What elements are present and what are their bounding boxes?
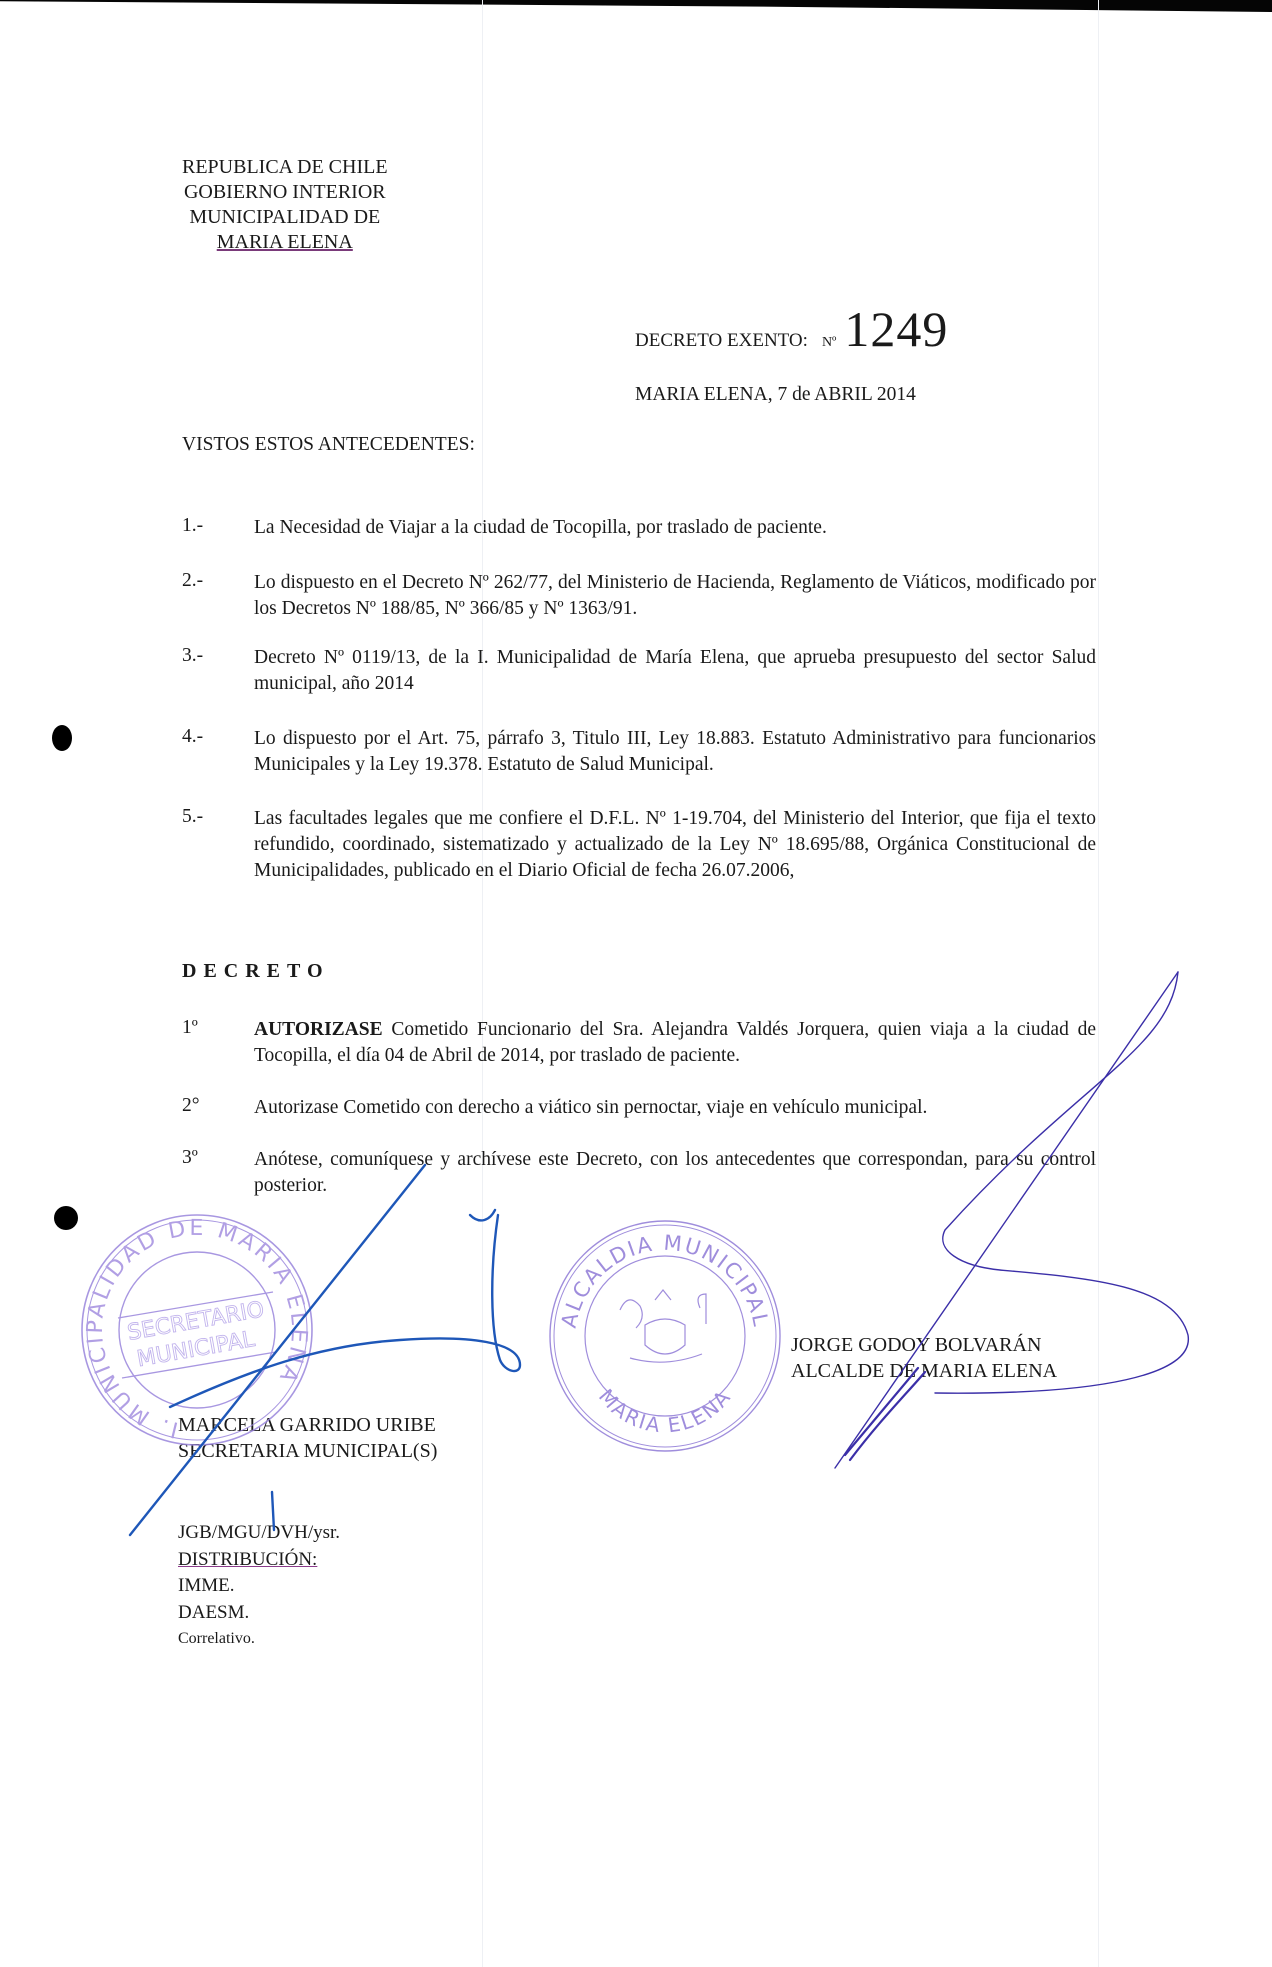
- decree-number: 1249: [844, 301, 948, 357]
- decree-number-block: DECRETO EXENTO:Nº1249: [635, 300, 948, 358]
- item-number: 2.-: [182, 570, 203, 592]
- svg-text:MARIA ELENA: MARIA ELENA: [594, 1384, 736, 1437]
- alcaldia-stamp: ALCALDIA MUNICIPAL MARIA ELENA: [550, 1221, 780, 1451]
- secretary-name: MARCELA GARRIDO URIBE: [178, 1412, 437, 1438]
- decreto-item: Anótese, comuníquese y archívese este De…: [254, 1147, 1096, 1199]
- decree-number-prefix: Nº: [822, 335, 836, 350]
- vistos-item: Decreto Nº 0119/13, de la I. Municipalid…: [254, 645, 1096, 697]
- secretary-title: SECRETARIA MUNICIPAL(S): [178, 1438, 437, 1464]
- decreto-heading: DECRETO: [182, 960, 330, 983]
- distribution-item: Correlativo.: [178, 1626, 340, 1653]
- vistos-heading: VISTOS ESTOS ANTECEDENTES:: [182, 432, 475, 458]
- decreto-item-keyword: AUTORIZASE: [254, 1019, 383, 1040]
- mayor-signature-block: JORGE GODOY BOLVARÁN ALCALDE DE MARIA EL…: [791, 1332, 1057, 1384]
- distribution-block: JGB/MGU/DVH/ysr. DISTRIBUCIÓN: IMME. DAE…: [178, 1520, 340, 1653]
- coat-of-arms-icon: [620, 1290, 706, 1362]
- mayor-title: ALCALDE DE MARIA ELENA: [791, 1358, 1057, 1384]
- svg-text:I. MUNICIPALIDAD DE MARIA ELEN: I. MUNICIPALIDAD DE MARIA ELENA: [83, 1216, 312, 1442]
- item-number: 1º: [182, 1017, 198, 1039]
- vistos-item: Lo dispuesto por el Art. 75, párrafo 3, …: [254, 726, 1096, 778]
- distribution-item: IMME.: [178, 1573, 340, 1600]
- decreto-item: Autorizase Cometido con derecho a viátic…: [254, 1095, 1096, 1121]
- letterhead-line: MUNICIPALIDAD DE: [182, 205, 388, 230]
- item-number: 2°: [182, 1095, 200, 1117]
- distribution-label: DISTRIBUCIÓN:: [178, 1547, 340, 1574]
- secretary-handwritten-signature: [130, 1165, 520, 1535]
- letterhead: REPUBLICA DE CHILE GOBIERNO INTERIOR MUN…: [182, 155, 388, 255]
- item-number: 5.-: [182, 806, 203, 828]
- item-number: 4.-: [182, 726, 203, 748]
- item-number: 3.-: [182, 645, 203, 667]
- secretary-stamp: I. MUNICIPALIDAD DE MARIA ELENA SECRETAR…: [82, 1215, 312, 1445]
- letterhead-line: GOBIERNO INTERIOR: [182, 180, 388, 205]
- punch-hole: [54, 1206, 78, 1230]
- svg-text:SECRETARIO: SECRETARIO: [126, 1297, 267, 1346]
- initials: JGB/MGU/DVH/ysr.: [178, 1520, 340, 1547]
- vistos-item: Las facultades legales que me confiere e…: [254, 806, 1096, 884]
- svg-text:ALCALDIA MUNICIPAL: ALCALDIA MUNICIPAL: [557, 1231, 773, 1330]
- svg-text:MUNICIPAL: MUNICIPAL: [135, 1327, 257, 1372]
- mayor-name: JORGE GODOY BOLVARÁN: [791, 1332, 1057, 1358]
- scan-fold-line: [1098, 0, 1099, 1967]
- distribution-item: DAESM.: [178, 1600, 340, 1627]
- secretary-signature-block: MARCELA GARRIDO URIBE SECRETARIA MUNICIP…: [178, 1412, 437, 1464]
- letterhead-line: REPUBLICA DE CHILE: [182, 155, 388, 180]
- scan-top-border: [0, 0, 1272, 12]
- place-date: MARIA ELENA, 7 de ABRIL 2014: [635, 382, 916, 408]
- punch-hole: [52, 725, 72, 751]
- letterhead-line: MARIA ELENA: [182, 230, 388, 255]
- vistos-item: Lo dispuesto en el Decreto Nº 262/77, de…: [254, 570, 1096, 622]
- vistos-item: La Necesidad de Viajar a la ciudad de To…: [254, 515, 1096, 541]
- decree-label: DECRETO EXENTO:: [635, 330, 808, 351]
- item-number: 1.-: [182, 515, 203, 537]
- scan-fold-line: [482, 0, 483, 1967]
- item-number: 3º: [182, 1147, 198, 1169]
- stamps-and-signatures: I. MUNICIPALIDAD DE MARIA ELENA SECRETAR…: [0, 0, 1272, 1967]
- decreto-item: AUTORIZASE Cometido Funcionario del Sra.…: [254, 1017, 1096, 1069]
